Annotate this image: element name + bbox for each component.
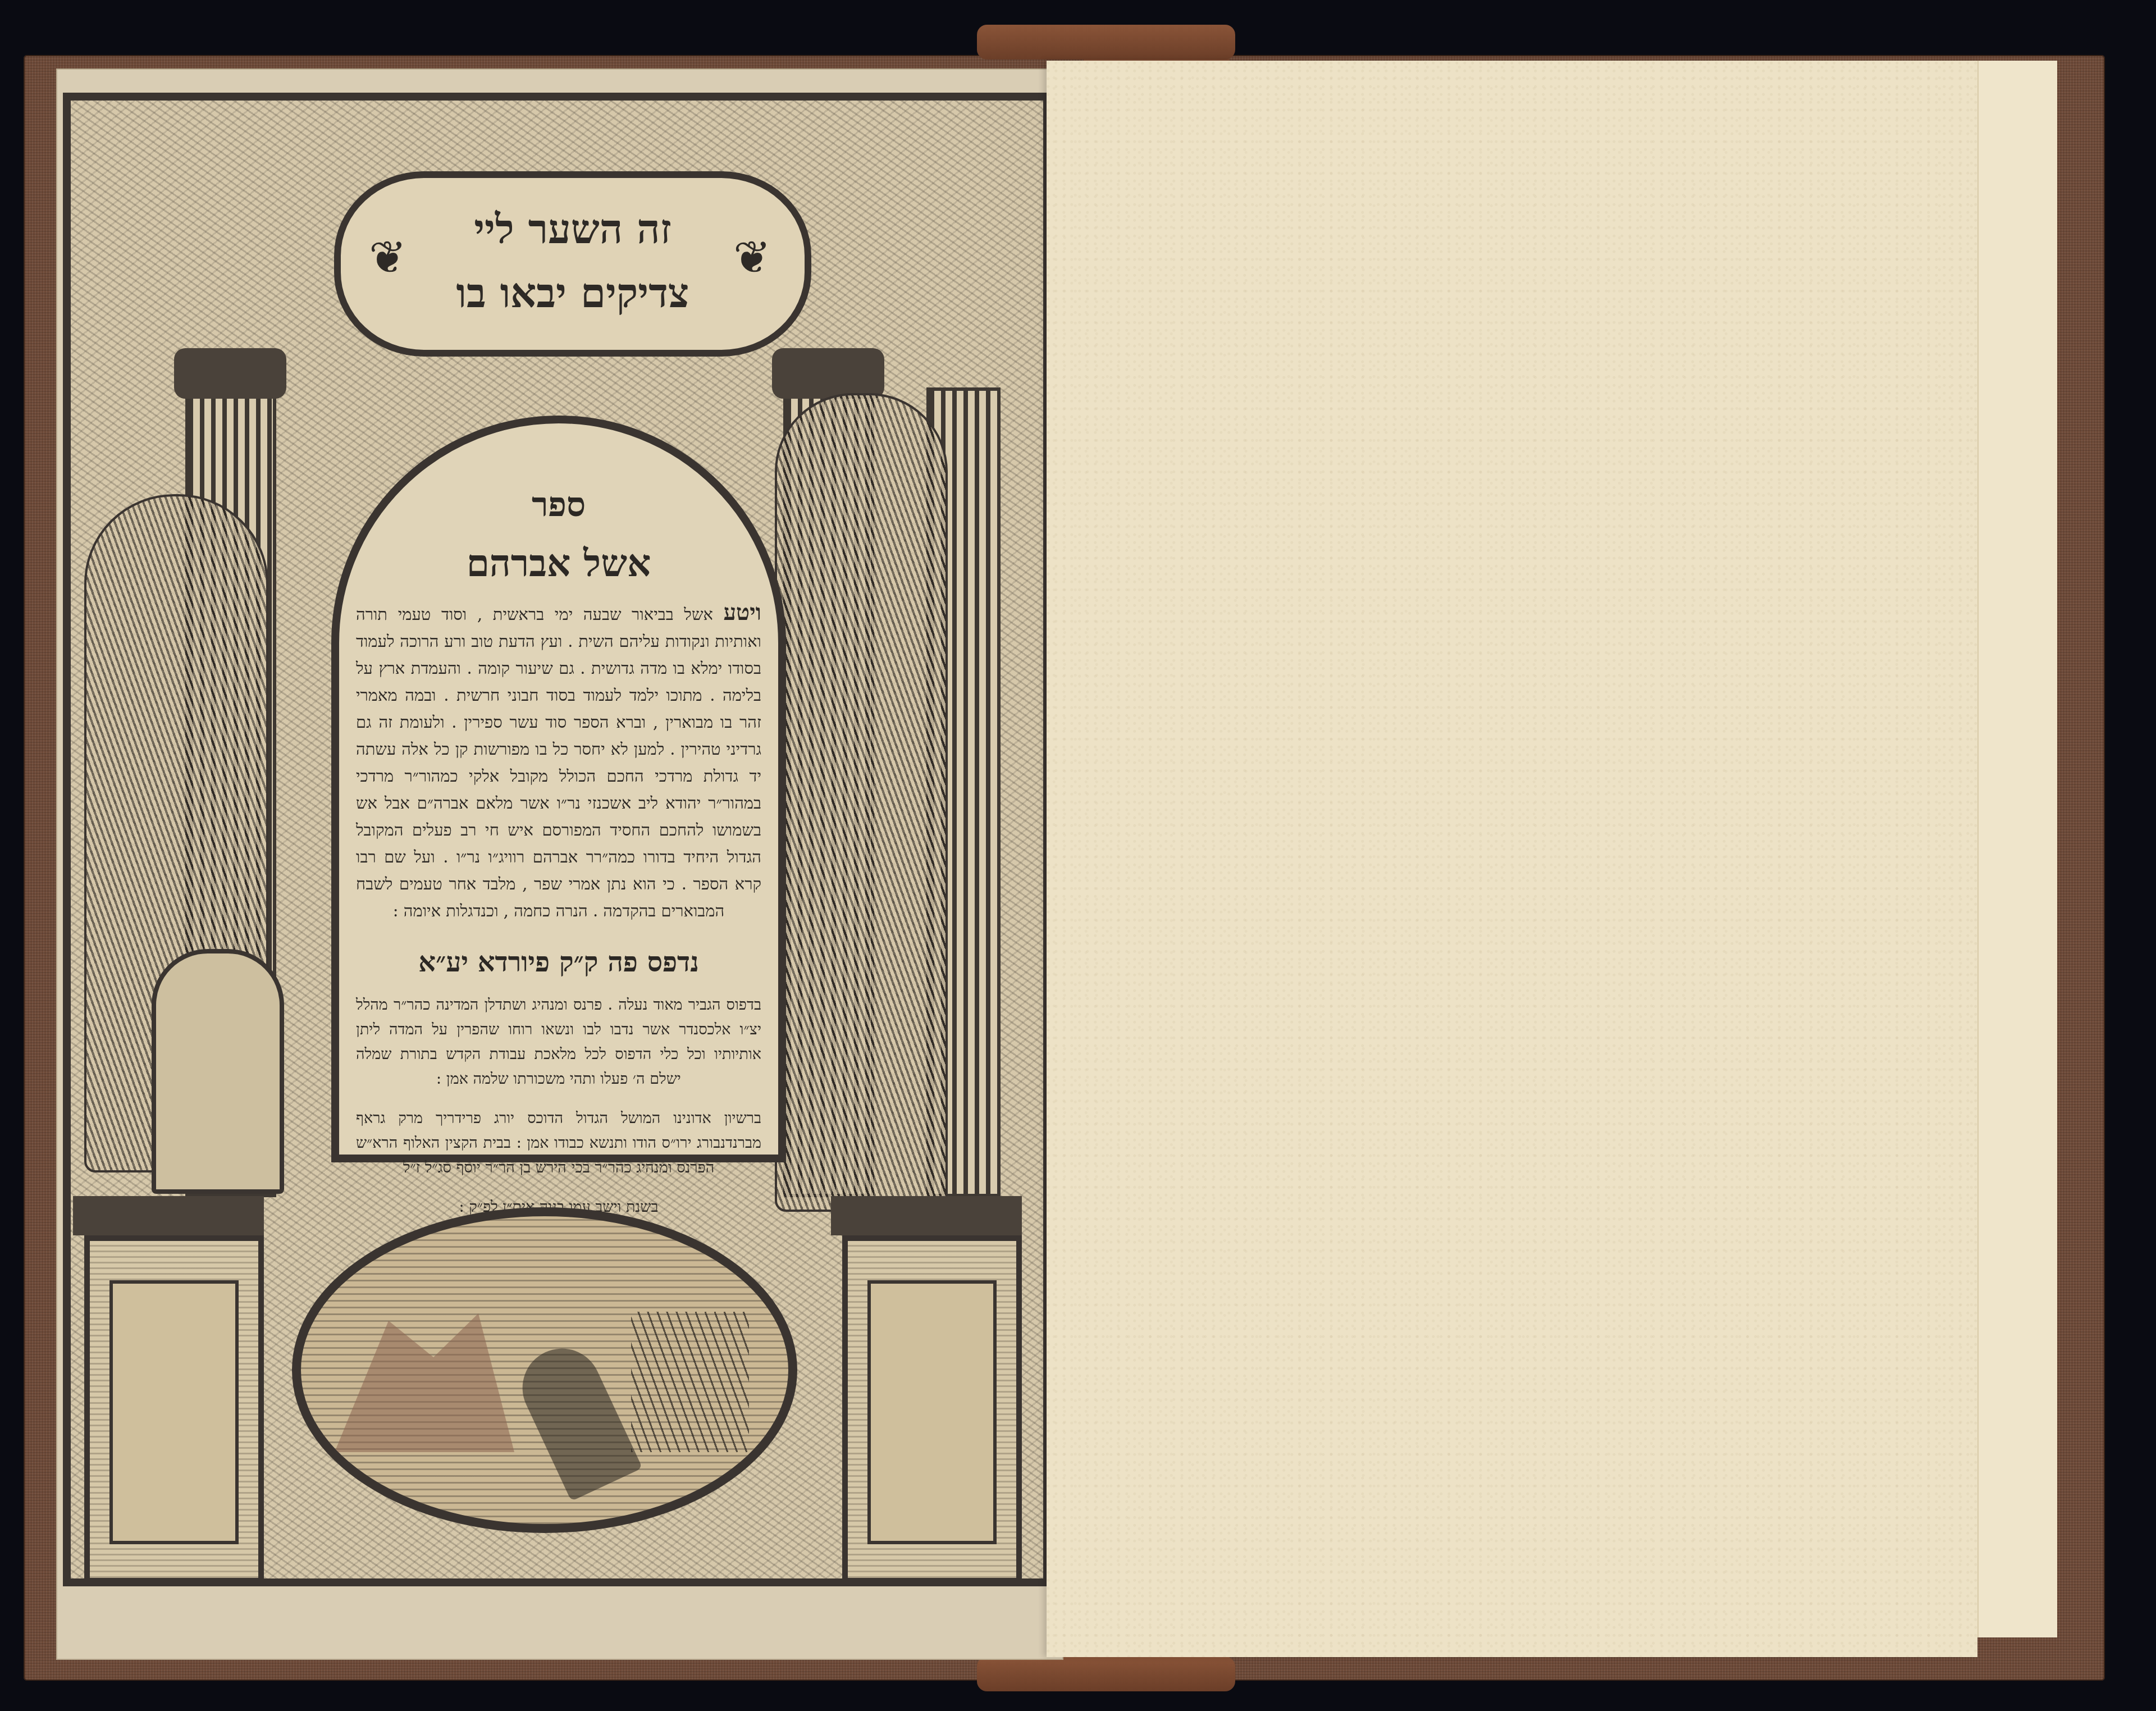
left-capital [174,348,286,399]
flyleaf-edge [1977,61,2057,1637]
description-text: אשל בביאור שבעה ימי בראשית , וסוד טעמי ת… [356,605,761,920]
title-arch-panel: ספר אשל אברהם ויטע אשל בביאור שבעה ימי ב… [331,416,786,1162]
fleuron-right-icon: ❦ [733,231,771,284]
fleuron-left-icon: ❦ [369,231,406,284]
tablets-of-law [152,949,284,1194]
imprint-line: נדפס פה ק״ק פיורדא יע״א [339,947,778,978]
sefer-label: ספר [339,485,778,524]
right-pedestal-panel [867,1280,997,1544]
aaron-figure [775,393,948,1212]
book-title: אשל אברהם [339,541,778,586]
left-pedestal-cap [73,1196,264,1235]
right-capital [772,348,884,399]
top-cartouche: ❦ ❦ זה השער ליי צדיקים יבאו בו [334,171,811,357]
spine-tailcap [977,1657,1235,1691]
lead-word: ויטע [723,599,761,626]
right-pedestal-cap [831,1196,1022,1235]
description-paragraph: ויטע אשל בביאור שבעה ימי בראשית , וסוד ט… [356,599,761,924]
spear-army-illustration [631,1312,749,1452]
left-pedestal-panel [109,1280,239,1544]
license-paragraph: ברשיון אדונינו המושל הגדול הדוכס יורג פר… [356,1106,761,1180]
spine-headcap [977,25,1235,60]
printer-paragraph: בדפוס הגביר מאוד נעלה . פרנס ומנהיג ושתד… [356,993,761,1092]
fallen-giant-illustration [510,1336,643,1502]
right-pedestal [842,1235,1022,1584]
blank-endpaper-page [1047,61,1977,1657]
battle-scene-medallion [292,1207,797,1533]
left-pedestal [84,1235,264,1584]
mountain-illustration [335,1306,514,1452]
